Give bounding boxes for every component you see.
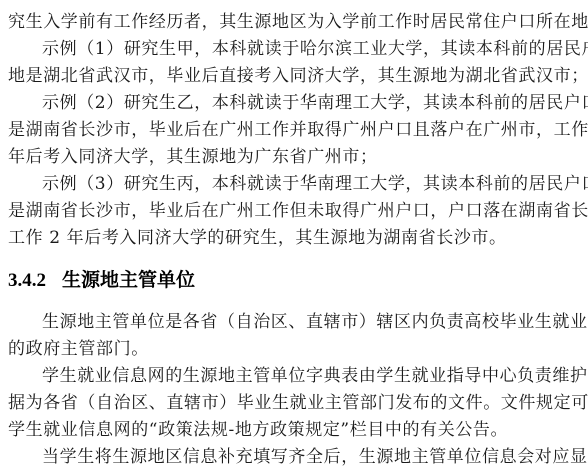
document-page: 究生入学前有工作经历者，其生源地区为入学前工作时居民常住户口所在地区。 示例（1… <box>0 0 588 468</box>
section-number: 3.4.2 <box>8 270 46 291</box>
example-2-line: 年后考入同济大学，其生源地为广东省广州市； <box>8 147 580 167</box>
paragraph-line: 当学生将生源地区信息补充填写齐全后，生源地主管单位信息会对应显示。 <box>42 447 580 467</box>
section-heading: 3.4.2生源地主管单位 <box>8 268 195 293</box>
example-3-line: 是湖南省长沙市，毕业后在广州工作但未取得广州户口，户口落在湖南省长沙市。 <box>8 201 580 221</box>
paragraph-line: 生源地主管单位是各省（自治区、直辖市）辖区内负责高校毕业生就业工作 <box>42 312 580 332</box>
example-3-line: 示例（3）研究生丙，本科就读于华南理工大学，其读本科前的居民户口地 <box>42 174 580 194</box>
example-2-line: 是湖南省长沙市，毕业后在广州工作并取得广州户口且落户在广州市，工作 2 <box>8 120 580 140</box>
example-2-line: 示例（2）研究生乙，本科就读于华南理工大学，其读本科前的居民户口地 <box>42 93 580 113</box>
paragraph-line: 的政府主管部门。 <box>8 339 580 359</box>
paragraph-line: 学生就业信息网的生源地主管单位字典表由学生就业指导中心负责维护，依 <box>42 366 580 386</box>
example-1-line: 地是湖北省武汉市，毕业后直接考入同济大学，其生源地为湖北省武汉市； <box>8 66 580 86</box>
paragraph-line: 据为各省（自治区、直辖市）毕业生就业主管部门发布的文件。文件规定可参见 <box>8 393 580 413</box>
example-1-line: 示例（1）研究生甲，本科就读于哈尔滨工业大学，其读本科前的居民户口 <box>42 39 580 59</box>
paragraph-line: 学生就业信息网的“政策法规-地方政策规定”栏目中的有关公告。 <box>8 420 580 440</box>
section-title: 生源地主管单位 <box>62 269 195 291</box>
paragraph-line: 究生入学前有工作经历者，其生源地区为入学前工作时居民常住户口所在地区。 <box>8 12 580 32</box>
example-3-line: 工作 2 年后考入同济大学的研究生，其生源地为湖南省长沙市。 <box>8 228 580 248</box>
